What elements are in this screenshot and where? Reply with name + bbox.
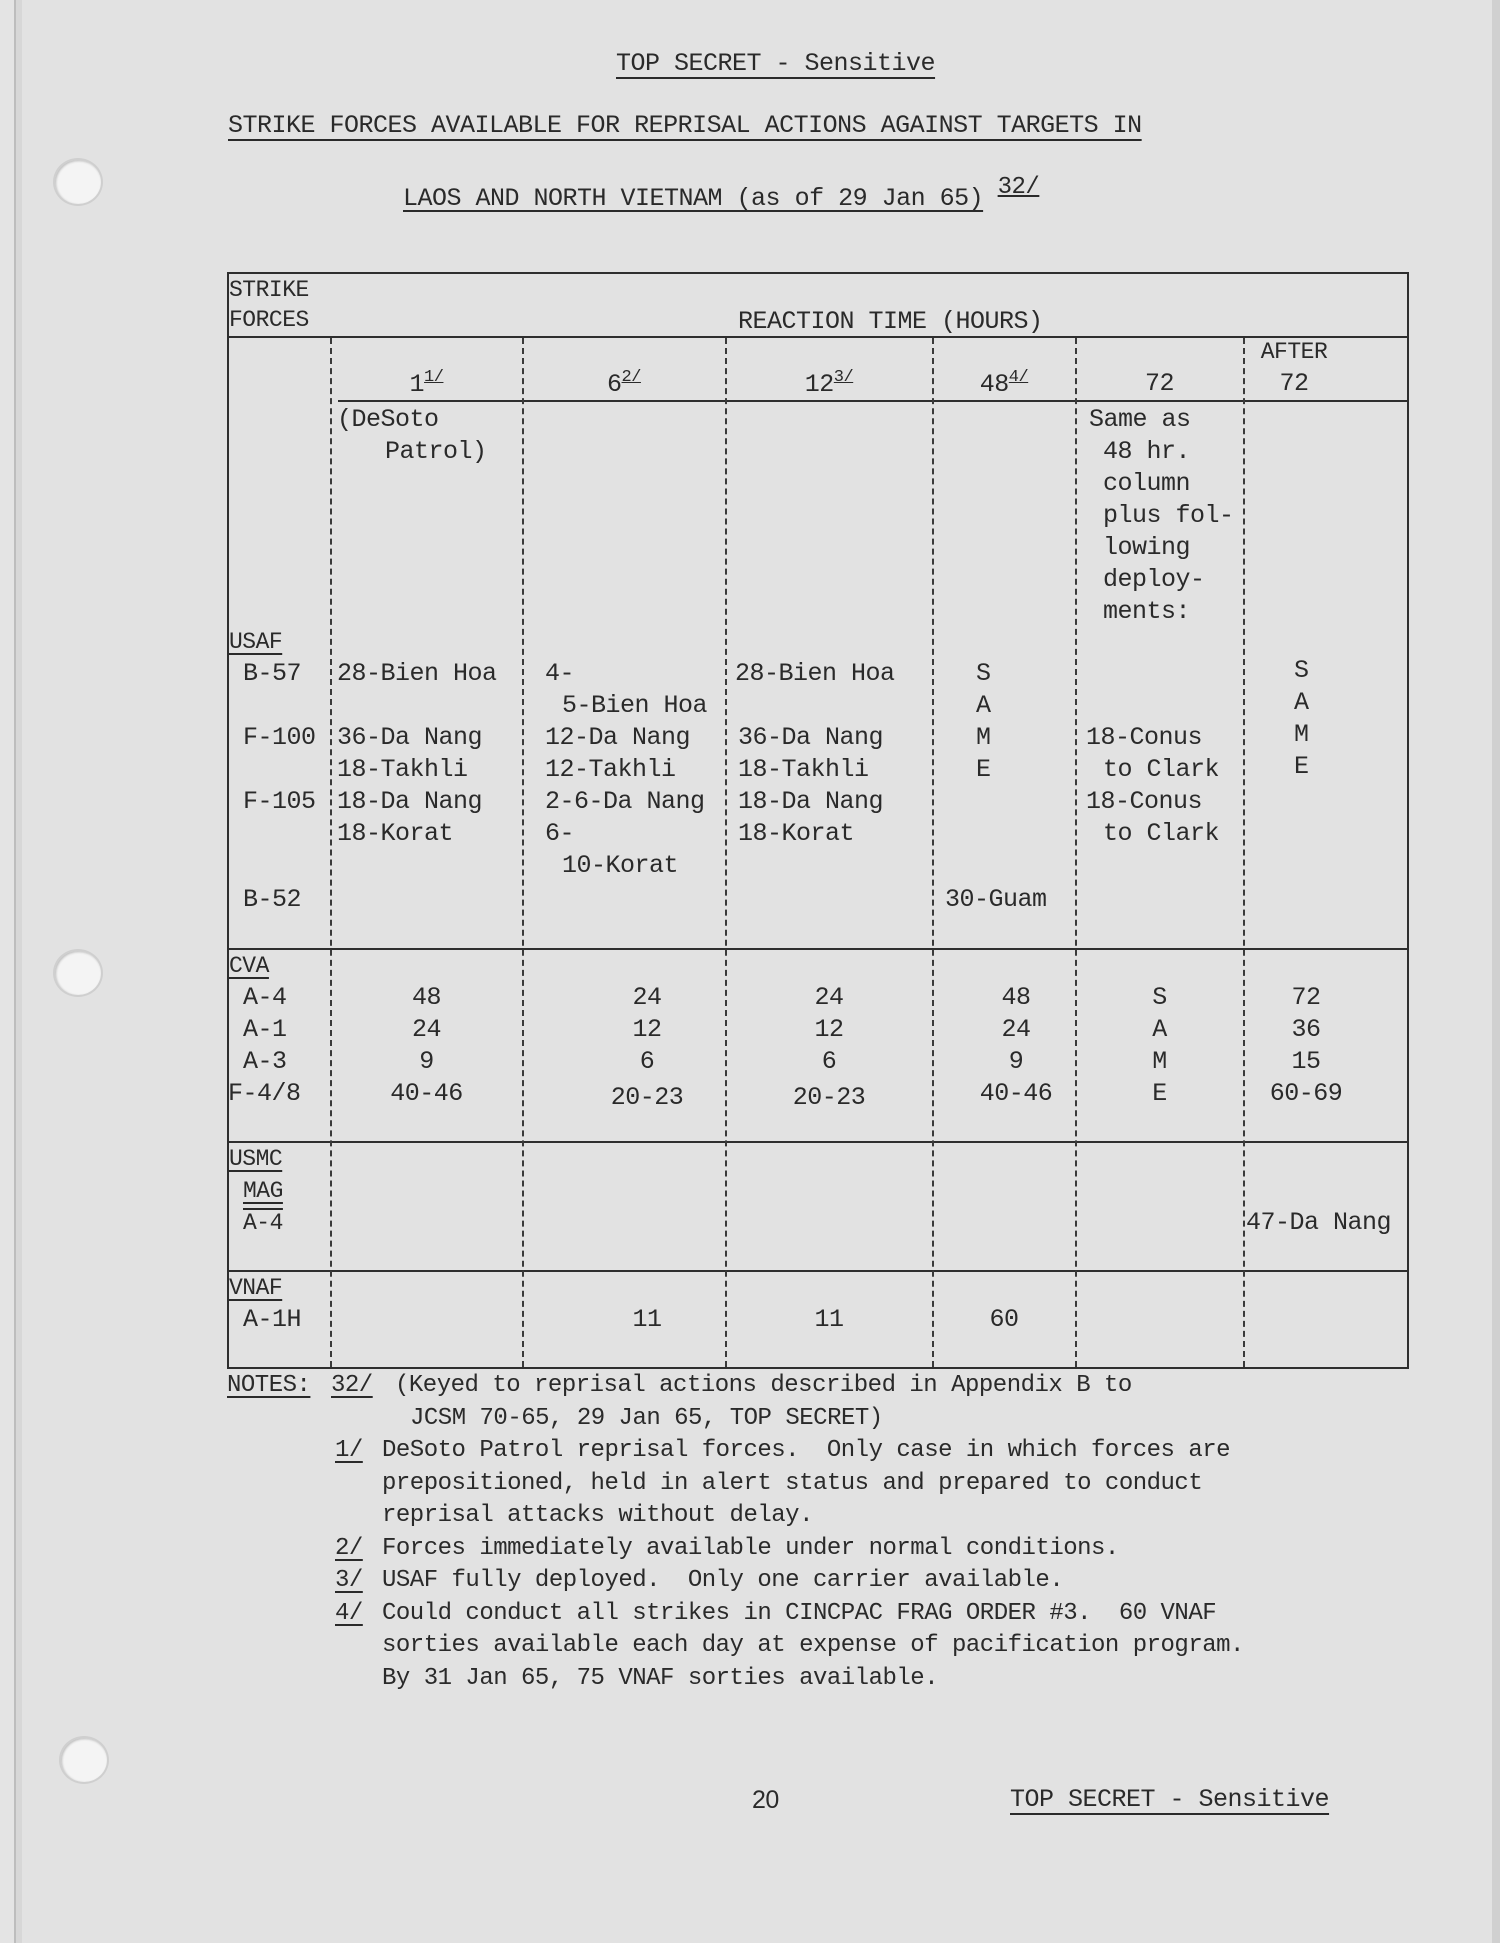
cell-value: to Clark (1103, 818, 1219, 850)
cell-value: M (1076, 1046, 1243, 1078)
cell-value: 5-Bien Hoa (562, 690, 707, 722)
aircraft-usmc-a4: A-4 (243, 1207, 283, 1239)
title-line-2: LAOS AND NORTH VIETNAM (as of 29 Jan 65)… (403, 172, 1039, 215)
aircraft-a3: A-3 (243, 1046, 287, 1078)
col72-note: ments: (1103, 596, 1190, 628)
cell-value: 36-Da Nang (337, 722, 482, 754)
corner-label-forces: FORCES (229, 304, 309, 336)
classification-header: TOP SECRET - Sensitive (616, 48, 935, 80)
cell-value: 48 (331, 982, 522, 1014)
column-header-72: 72 (1076, 368, 1243, 400)
note-text: By 31 Jan 65, 75 VNAF sorties available. (382, 1663, 938, 1696)
note-marker: 32/ (331, 1370, 373, 1403)
col72-note: 48 hr. (1103, 436, 1190, 468)
cell-value: 30-Guam (945, 884, 1047, 916)
table-top-border (227, 272, 1409, 274)
column-header-1: 11/ (331, 362, 522, 401)
aircraft-a1: A-1 (243, 1014, 287, 1046)
note-text: sorties available each day at expense of… (382, 1630, 1244, 1663)
cell-value: 12-Takhli (545, 754, 676, 786)
cell-value: 18-Conus (1086, 786, 1202, 818)
table-right-border (1407, 272, 1409, 1367)
col72-note: Same as (1089, 404, 1191, 436)
cell-value: 24 (331, 1014, 522, 1046)
note-text: Could conduct all strikes in CINCPAC FRA… (382, 1598, 1216, 1631)
cell-value: 47-Da Nang (1246, 1207, 1391, 1239)
column-header-after-label: AFTER (1244, 336, 1344, 368)
cell-value: 18-Conus (1086, 722, 1202, 754)
column-divider (522, 338, 524, 1367)
column-divider (725, 338, 727, 1367)
section-label-usaf: USAF (229, 626, 282, 658)
title-footnote: 32/ (998, 174, 1040, 201)
desoto-note-line1: (DeSoto (337, 404, 439, 436)
cell-value: 28-Bien Hoa (337, 658, 497, 690)
vnaf-divider (227, 1270, 1409, 1272)
cell-value: 60 (933, 1304, 1075, 1336)
cell-value: 10-Korat (562, 850, 678, 882)
note-text: prepositioned, held in alert status and … (382, 1468, 1202, 1501)
note-text: DeSoto Patrol reprisal forces. Only case… (382, 1435, 1230, 1468)
aircraft-b52: B-52 (243, 884, 301, 916)
section-label-cva: CVA (229, 950, 269, 982)
same-vertical-48: S (976, 658, 991, 690)
same-vertical-after72: A (1294, 687, 1309, 719)
note-marker: 2/ (335, 1533, 363, 1566)
same-vertical-after72: S (1294, 655, 1309, 687)
col72-note: deploy- (1103, 564, 1205, 596)
cell-value: 9 (331, 1046, 522, 1078)
cell-value: 28-Bien Hoa (735, 658, 895, 690)
note-marker: 4/ (335, 1598, 363, 1631)
note-text: USAF fully deployed. Only one carrier av… (382, 1565, 1063, 1598)
cell-value: 6 (726, 1046, 932, 1078)
corner-label-strike: STRIKE (229, 274, 309, 306)
cell-value: 18-Da Nang (738, 786, 883, 818)
cell-value: 15 (1244, 1046, 1368, 1078)
column-divider (330, 338, 332, 1367)
cell-value: 12 (546, 1014, 748, 1046)
punch-hole (55, 160, 101, 204)
aircraft-f100: F-100 (243, 722, 316, 754)
note-marker: 3/ (335, 1565, 363, 1598)
aircraft-a4: A-4 (243, 982, 287, 1014)
column-divider (1075, 338, 1077, 1367)
note-text: JCSM 70-65, 29 Jan 65, TOP SECRET) (410, 1403, 883, 1436)
section-label-usmc: USMC (229, 1143, 282, 1175)
cell-value: 9 (945, 1046, 1087, 1078)
punch-hole (55, 951, 101, 995)
usmc-divider (227, 1141, 1409, 1143)
cell-value: 36 (1244, 1014, 1368, 1046)
col72-note: lowing (1103, 532, 1190, 564)
cell-value: 6- (545, 818, 574, 850)
cell-value: S (1076, 982, 1243, 1014)
punch-hole (61, 1738, 107, 1782)
cell-value: 12 (726, 1014, 932, 1046)
aircraft-a1h: A-1H (243, 1304, 301, 1336)
notes-label: NOTES: (227, 1370, 310, 1403)
cell-value: 11 (726, 1304, 932, 1336)
cell-value: 11 (546, 1304, 748, 1336)
classification-footer: TOP SECRET - Sensitive (1010, 1784, 1329, 1816)
aircraft-f105: F-105 (243, 786, 316, 818)
cell-value: 72 (1244, 982, 1368, 1014)
note-text: Forces immediately available under norma… (382, 1533, 1119, 1566)
cell-value: 36-Da Nang (738, 722, 883, 754)
same-vertical-after72: E (1294, 751, 1309, 783)
column-header-48: 484/ (933, 362, 1075, 401)
cell-value: 18-Korat (738, 818, 854, 850)
cell-value: 40-46 (945, 1078, 1087, 1110)
note-text: (Keyed to reprisal actions described in … (395, 1370, 1132, 1403)
column-header-12: 123/ (726, 362, 932, 401)
cell-value: 4- (545, 658, 574, 690)
section-label-vnaf: VNAF (229, 1272, 282, 1304)
column-header-after-72: 72 (1244, 368, 1344, 400)
cell-value: E (1076, 1078, 1243, 1110)
cell-value: to Clark (1103, 754, 1219, 786)
table-left-border (227, 272, 229, 1367)
cell-value: 20-23 (546, 1082, 748, 1114)
cell-value: 24 (546, 982, 748, 1014)
cell-value: 24 (945, 1014, 1087, 1046)
cva-divider (227, 948, 1409, 950)
same-vertical-48: A (976, 690, 991, 722)
page-number: 20 (752, 1784, 779, 1816)
cell-value: 40-46 (331, 1078, 522, 1110)
usmc-sub-mag: MAG (243, 1175, 283, 1207)
title-line-1: STRIKE FORCES AVAILABLE FOR REPRISAL ACT… (228, 110, 1142, 142)
cell-value: 18-Da Nang (337, 786, 482, 818)
note-text: reprisal attacks without delay. (382, 1500, 813, 1533)
cell-value: 2-6-Da Nang (545, 786, 705, 818)
cell-value: 48 (945, 982, 1087, 1014)
same-vertical-48: E (976, 754, 991, 786)
note-marker: 1/ (335, 1435, 363, 1468)
title-line-2-text: LAOS AND NORTH VIETNAM (as of 29 Jan 65) (403, 184, 983, 213)
col72-note: column (1103, 468, 1190, 500)
col72-note: plus fol- (1103, 500, 1234, 532)
cell-value: 6 (546, 1046, 748, 1078)
cell-value: 12-Da Nang (545, 722, 690, 754)
cell-value: 18-Takhli (738, 754, 869, 786)
column-divider (932, 338, 934, 1367)
table-bottom-border (227, 1367, 1409, 1369)
page-edge (1492, 0, 1500, 1943)
cell-value: 18-Korat (337, 818, 453, 850)
cell-value: A (1076, 1014, 1243, 1046)
same-vertical-48: M (976, 722, 991, 754)
cell-value: 60-69 (1244, 1078, 1368, 1110)
same-vertical-after72: M (1294, 719, 1309, 751)
column-divider (1243, 338, 1245, 1367)
column-header-6: 62/ (523, 362, 725, 401)
desoto-note-line2: Patrol) (385, 436, 487, 468)
cell-value: 24 (726, 982, 932, 1014)
aircraft-f48: F-4/8 (228, 1078, 301, 1110)
cell-value: 20-23 (726, 1082, 932, 1114)
aircraft-b57: B-57 (243, 658, 301, 690)
group-header-reaction-time: REACTION TIME (HOURS) (738, 306, 1043, 338)
cell-value: 18-Takhli (337, 754, 468, 786)
